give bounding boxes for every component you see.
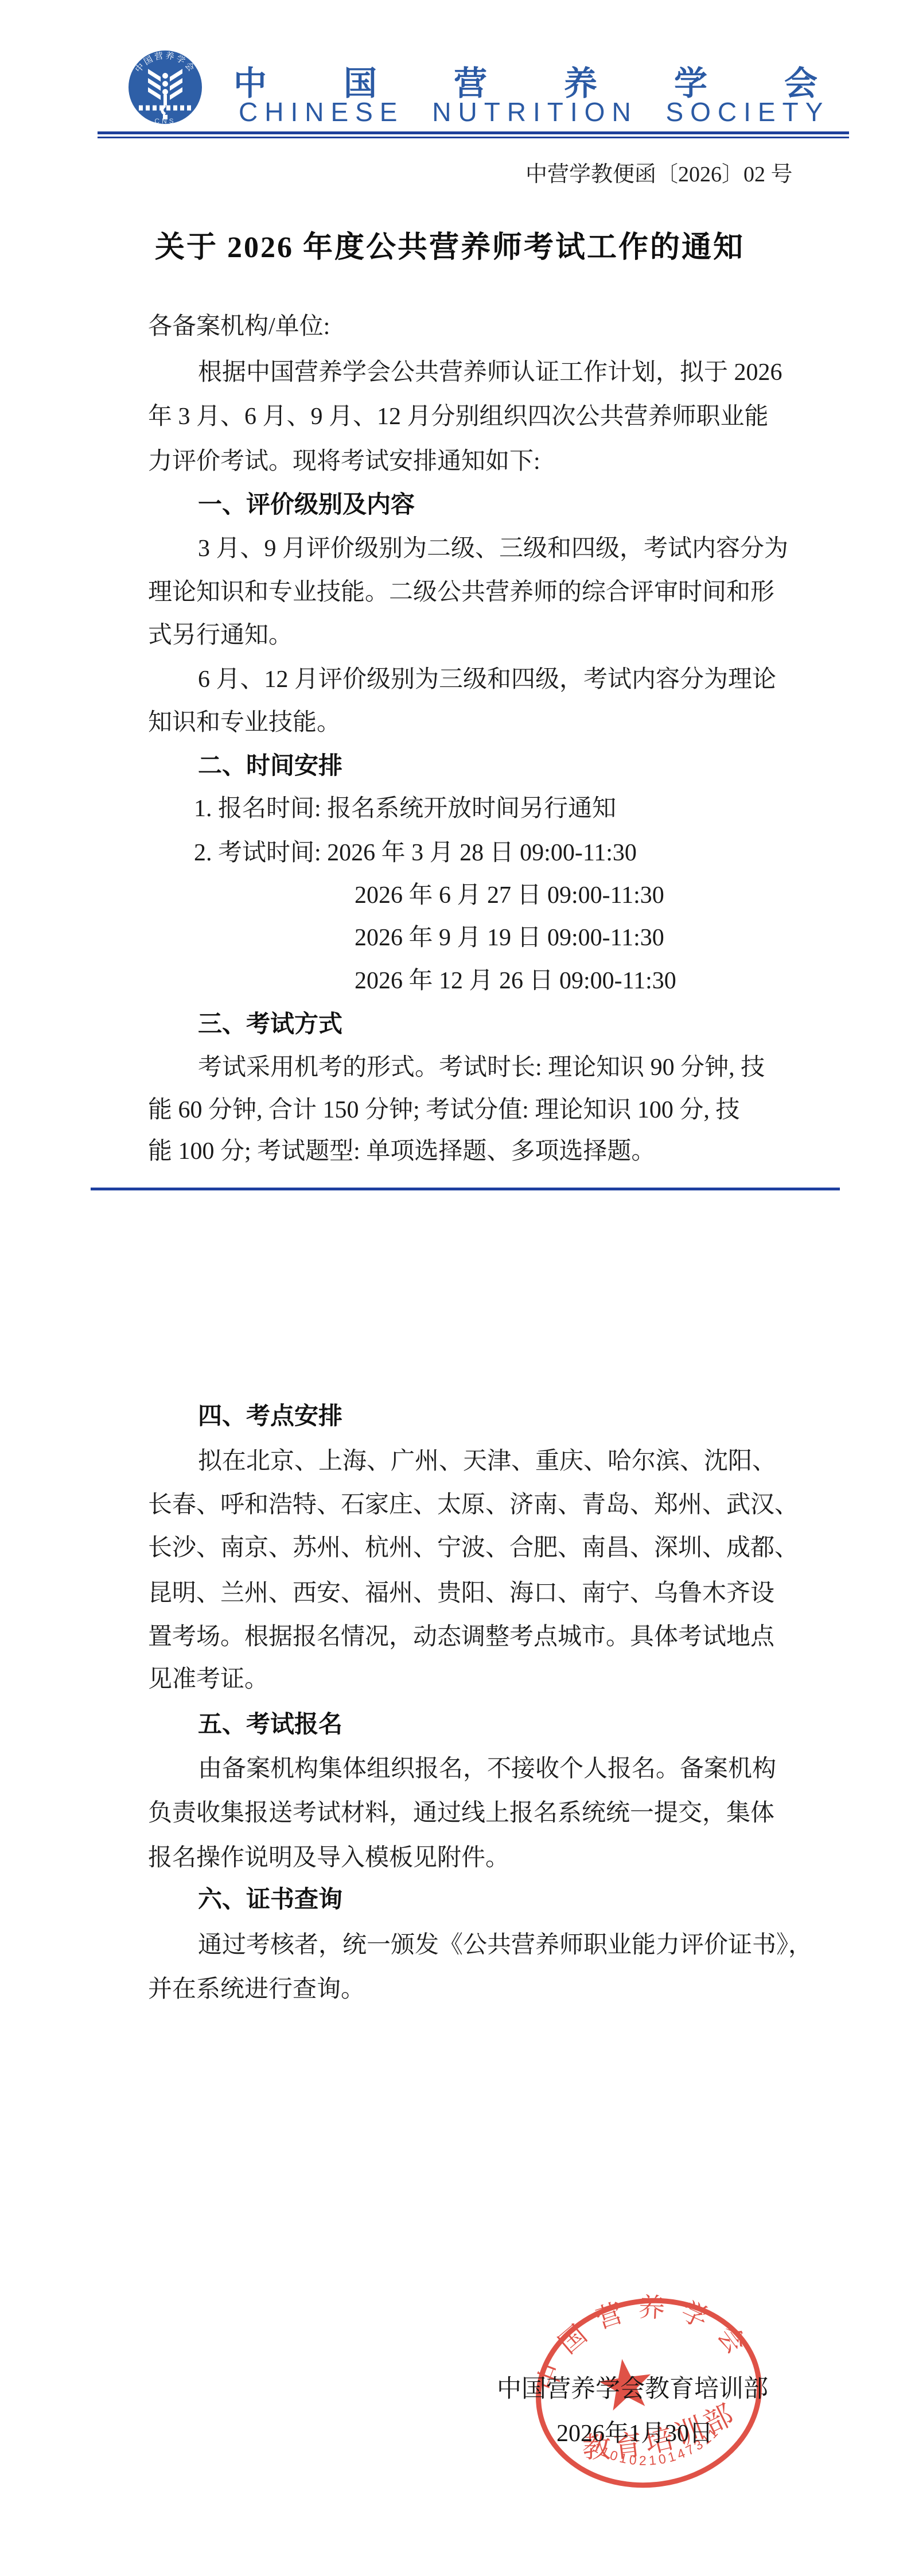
header-rule-thick <box>98 131 849 134</box>
official-seal: 中国营养学会 教育培训部 11010210147311 <box>516 2273 792 2548</box>
doc-line: 并在系统进行查询。 <box>148 1976 365 2003</box>
exam-date: 2026 年 9 月 19 日 09:00-11:30 <box>355 924 664 952</box>
salutation: 各备案机构/单位: <box>148 313 330 340</box>
doc-line: 由备案机构集体组织报名，不接收个人报名。备案机构 <box>198 1755 776 1783</box>
signature-org: 中国营养学会教育培训部 <box>497 2369 768 2404</box>
doc-line: 见准考证。 <box>148 1666 268 1693</box>
doc-line: 长春、呼和浩特、石家庄、太原、济南、青岛、郑州、武汉、 <box>148 1491 799 1519</box>
section-heading-2: 二、时间安排 <box>198 752 342 779</box>
page-break-rule <box>91 1188 840 1190</box>
doc-line: 报名操作说明及导入模板见附件。 <box>148 1844 509 1872</box>
exam-date: 2026 年 6 月 27 日 09:00-11:30 <box>355 882 664 909</box>
doc-line: 理论知识和专业技能。二级公共营养师的综合评审时间和形 <box>148 579 774 606</box>
doc-line: 力评价考试。现将考试安排通知如下: <box>148 448 540 475</box>
doc-line: 负责收集报送考试材料，通过线上报名系统统一提交，集体 <box>148 1799 774 1827</box>
section-heading-3: 三、考试方式 <box>198 1010 342 1038</box>
logo-abbr: CNS <box>154 117 176 125</box>
doc-line: 式另行通知。 <box>148 622 293 649</box>
institution-name-en: CHINESE NUTRITION SOCIETY <box>239 96 830 127</box>
doc-line: 能 100 分; 考试题型: 单项选择题、多项选择题。 <box>148 1138 655 1165</box>
doc-line: 拟在北京、上海、广州、天津、重庆、哈尔滨、沈阳、 <box>198 1448 776 1475</box>
list-item: 1. 报名时间: 报名系统开放时间另行通知 <box>194 795 616 823</box>
doc-line: 知识和专业技能。 <box>148 709 341 736</box>
page-title: 关于 2026 年度公共营养师考试工作的通知 <box>155 223 745 266</box>
section-heading-1: 一、评价级别及内容 <box>198 491 415 518</box>
cns-logo-icon: 中国营养学会 CNS <box>125 47 205 127</box>
section-heading-6: 六、证书查询 <box>198 1886 342 1913</box>
doc-line: 6 月、12 月评价级别为三级和四级，考试内容分为理论 <box>198 666 776 693</box>
doc-line: 能 60 分钟, 合计 150 分钟; 考试分值: 理论知识 100 分, 技 <box>148 1096 739 1124</box>
doc-line: 通过考核者，统一颁发《公共营养师职业能力评价证书》， <box>198 1931 812 1959</box>
list-item: 2. 考试时间: 2026 年 3 月 28 日 09:00-11:30 <box>194 839 637 867</box>
header-rule-thin <box>98 137 849 138</box>
doc-line: 3 月、9 月评价级别为二级、三级和四级，考试内容分为 <box>198 535 788 562</box>
doc-line: 置考场。根据报名情况，动态调整考点城市。具体考试地点 <box>148 1623 774 1651</box>
doc-line: 长沙、南京、苏州、杭州、宁波、合肥、南昌、深圳、成都、 <box>148 1534 799 1562</box>
doc-number: 中营学教便函〔2026〕02 号 <box>525 156 793 188</box>
doc-line: 根据中国营养学会公共营养师认证工作计划，拟于 2026 <box>198 359 782 386</box>
document-page: 中国营养学会 CNS 中国营养学会 CHINESE NUTRITION SOCI… <box>0 0 911 2576</box>
signature-date: 2026年1月30日 <box>556 2414 713 2449</box>
doc-line: 年 3 月、6 月、9 月、12 月分别组织四次公共营养师职业能 <box>148 403 769 430</box>
section-heading-5: 五、考试报名 <box>198 1710 342 1738</box>
section-heading-4: 四、考点安排 <box>198 1402 342 1430</box>
doc-line: 考试采用机考的形式。考试时长: 理论知识 90 分钟, 技 <box>198 1054 765 1081</box>
exam-date: 2026 年 12 月 26 日 09:00-11:30 <box>355 967 676 995</box>
doc-line: 昆明、兰州、西安、福州、贵阳、海口、南宁、乌鲁木齐设 <box>148 1580 774 1607</box>
